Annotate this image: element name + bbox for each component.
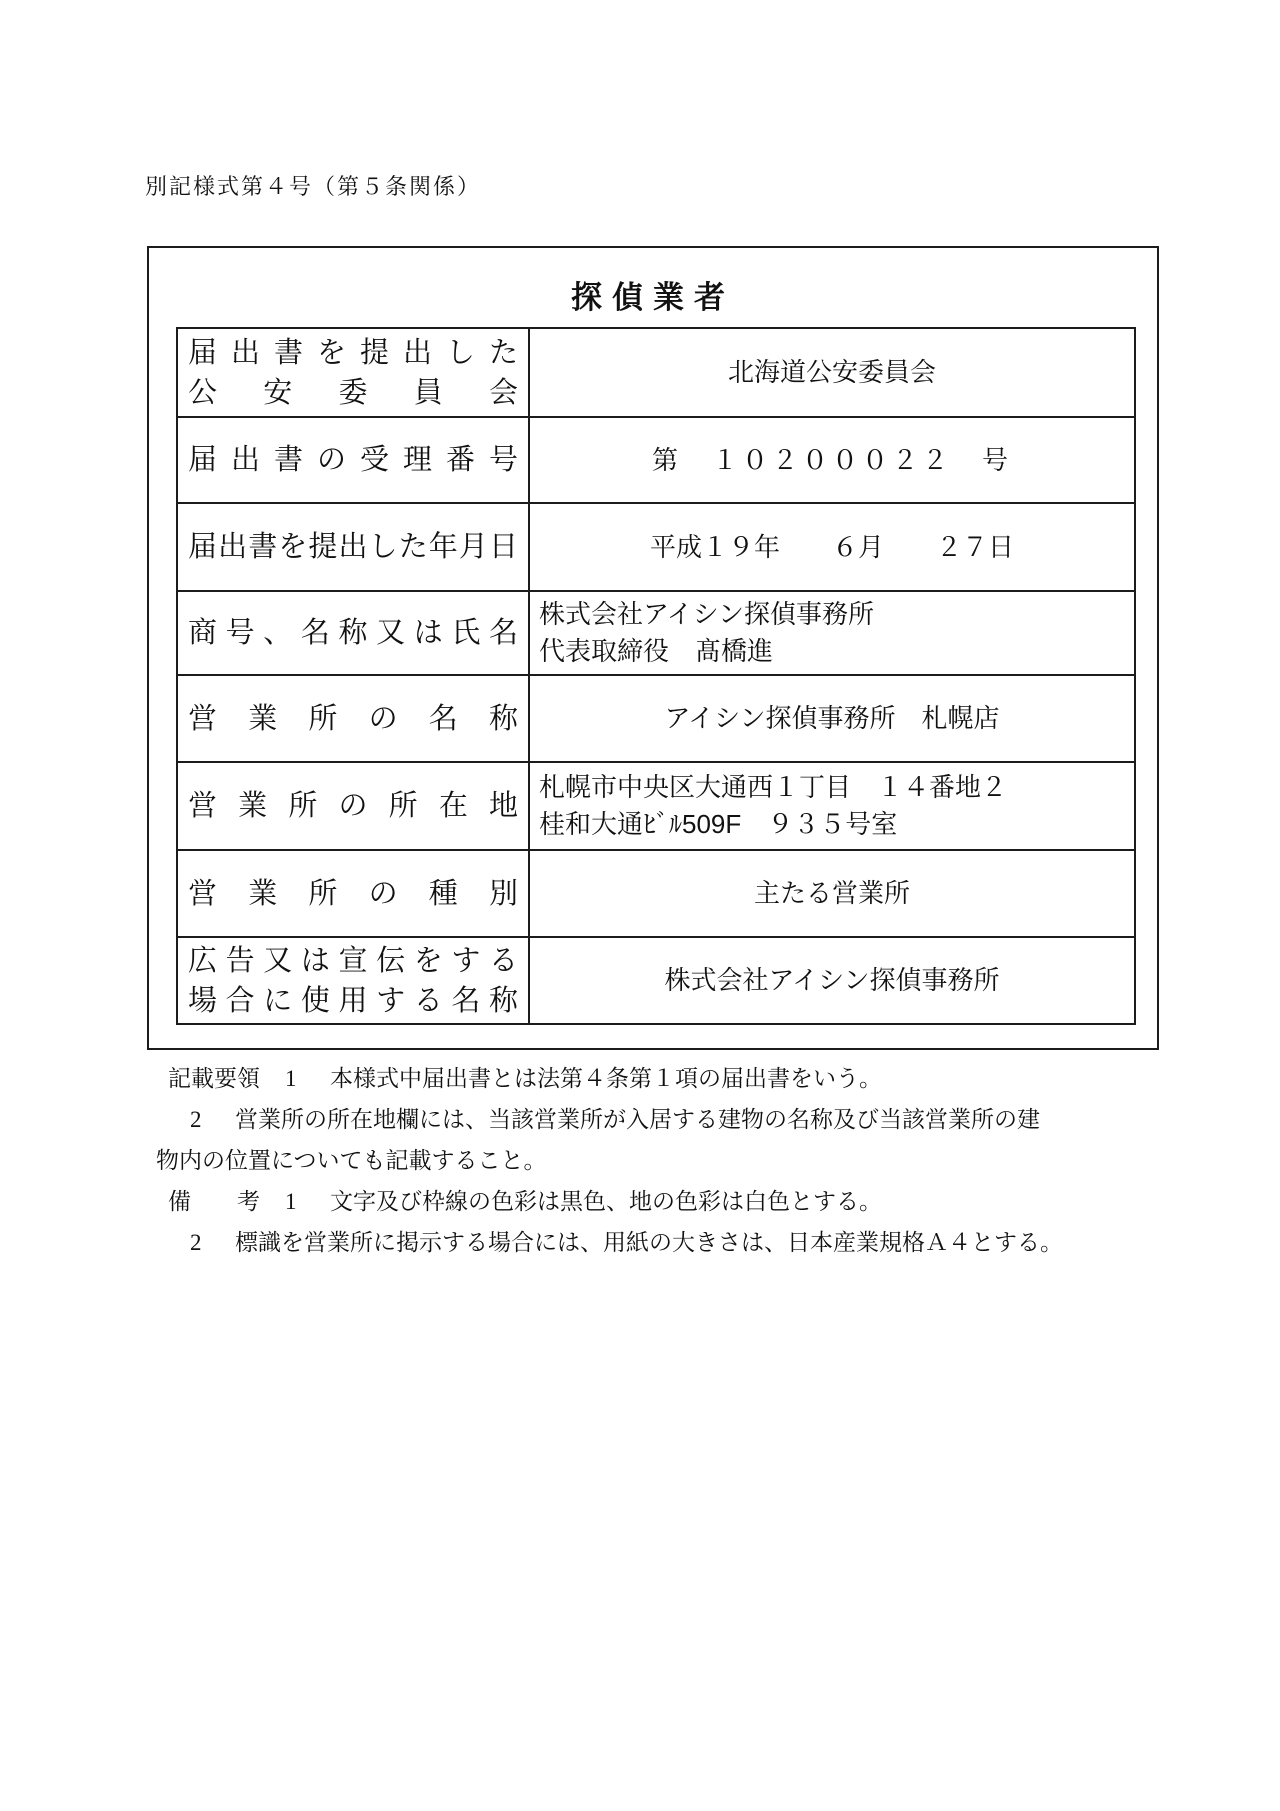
row-value-line: 第 １０２０００２２ 号 [530, 442, 1134, 479]
note-text: 物内の位置についても記載すること。 [156, 1140, 547, 1181]
row-value-line: 代表取締役 髙橋進 [539, 633, 1134, 670]
row-value-line: 株式会社アイシン探偵事務所 [530, 962, 1134, 999]
row-label: 商号、名称又は氏名 [178, 592, 530, 674]
row-label-line: 営業所の所在地 [188, 786, 518, 826]
note-text: 本様式中届出書とは法第４条第１項の届出書をいう。 [330, 1058, 882, 1099]
row-label-line: 届出書の受理番号 [188, 440, 518, 480]
row-value-line: 北海道公安委員会 [530, 354, 1134, 391]
row-value-line: 株式会社アイシン探偵事務所 [539, 596, 1134, 633]
row-value: 主たる営業所 [530, 851, 1134, 936]
row-value: 第 １０２０００２２ 号 [530, 418, 1134, 502]
row-value: アイシン探偵事務所 札幌店 [530, 676, 1134, 761]
row-label-line: 届出書を提出した [188, 333, 518, 373]
row-value: 平成１９年 ６月 ２７日 [530, 504, 1134, 590]
row-label: 営業所の名称 [178, 676, 530, 761]
row-label-line: 広告又は宣伝をする [188, 941, 518, 981]
row-value-line: 主たる営業所 [530, 875, 1134, 912]
detective-agency-signboard: 探偵業者 届出書を提出した 公安委員会 北海道公安委員会 届出書の受理番号 第 … [147, 246, 1159, 1050]
row-label-line: 営業所の種別 [188, 874, 518, 914]
row-label-line: 届出書を提出した年月日 [188, 527, 518, 567]
row-value-line: アイシン探偵事務所 札幌店 [530, 700, 1134, 737]
note-line: 物内の位置についても記載すること。 [168, 1140, 1168, 1181]
note-number: 2 [168, 1099, 235, 1140]
row-label: 届出書を提出した 公安委員会 [178, 329, 530, 416]
row-label: 営業所の種別 [178, 851, 530, 936]
row-label: 広告又は宣伝をする 場合に使用する名称 [178, 938, 530, 1023]
note-number: 1 [263, 1181, 330, 1222]
row-label-line: 営業所の名称 [188, 699, 518, 739]
table-row-office-type: 営業所の種別 主たる営業所 [178, 851, 1134, 938]
table-row-office-name: 営業所の名称 アイシン探偵事務所 札幌店 [178, 676, 1134, 763]
row-label-line: 商号、名称又は氏名 [188, 613, 518, 653]
note-number: 1 [263, 1058, 330, 1099]
note-line: 備 考 1 文字及び枠線の色彩は黒色、地の色彩は白色とする。 [168, 1181, 1168, 1222]
table-row-submission-date: 届出書を提出した年月日 平成１９年 ６月 ２７日 [178, 504, 1134, 592]
row-value: 株式会社アイシン探偵事務所 [530, 938, 1134, 1023]
row-label-line: 場合に使用する名称 [188, 981, 518, 1021]
table-row-office-address: 営業所の所在地 札幌市中央区大通西１丁目 １４番地２ 桂和大通ﾋﾞﾙ509F ９… [178, 763, 1134, 851]
note-heading: 記載要領 [168, 1058, 263, 1099]
note-text: 営業所の所在地欄には、当該営業所が入居する建物の名称及び当該営業所の建 [235, 1099, 1040, 1140]
row-label-line: 公安委員会 [188, 373, 518, 413]
note-text: 文字及び枠線の色彩は黒色、地の色彩は白色とする。 [330, 1181, 882, 1222]
table-row-receipt-number: 届出書の受理番号 第 １０２０００２２ 号 [178, 418, 1134, 504]
footnotes: 記載要領 1 本様式中届出書とは法第４条第１項の届出書をいう。 2 営業所の所在… [168, 1058, 1168, 1263]
note-heading: 備 考 [168, 1181, 263, 1222]
row-label: 届出書の受理番号 [178, 418, 530, 502]
note-text: 標識を営業所に掲示する場合には、用紙の大きさは、日本産業規格Ａ４とする。 [235, 1222, 1063, 1263]
signboard-title: 探偵業者 [149, 272, 1157, 317]
table-row-advertising-name: 広告又は宣伝をする 場合に使用する名称 株式会社アイシン探偵事務所 [178, 938, 1134, 1023]
row-value: 株式会社アイシン探偵事務所 代表取締役 髙橋進 [530, 592, 1134, 674]
note-line: 2 標識を営業所に掲示する場合には、用紙の大きさは、日本産業規格Ａ４とする。 [168, 1222, 1168, 1263]
row-value-line: 札幌市中央区大通西１丁目 １４番地２ [539, 769, 1134, 806]
table-row-trade-name: 商号、名称又は氏名 株式会社アイシン探偵事務所 代表取締役 髙橋進 [178, 592, 1134, 676]
table-row-public-safety-commission: 届出書を提出した 公安委員会 北海道公安委員会 [178, 329, 1134, 418]
row-value-line: 桂和大通ﾋﾞﾙ509F ９３５号室 [539, 806, 1134, 843]
form-number-label: 別記様式第４号（第５条関係） [145, 170, 481, 201]
note-line: 2 営業所の所在地欄には、当該営業所が入居する建物の名称及び当該営業所の建 [168, 1099, 1168, 1140]
row-value: 北海道公安委員会 [530, 329, 1134, 416]
row-label: 営業所の所在地 [178, 763, 530, 849]
note-number: 2 [168, 1222, 235, 1263]
row-value-line: 平成１９年 ６月 ２７日 [530, 529, 1134, 566]
signboard-table: 届出書を提出した 公安委員会 北海道公安委員会 届出書の受理番号 第 １０２００… [176, 327, 1136, 1025]
row-value: 札幌市中央区大通西１丁目 １４番地２ 桂和大通ﾋﾞﾙ509F ９３５号室 [530, 763, 1134, 849]
row-label: 届出書を提出した年月日 [178, 504, 530, 590]
note-line: 記載要領 1 本様式中届出書とは法第４条第１項の届出書をいう。 [168, 1058, 1168, 1099]
